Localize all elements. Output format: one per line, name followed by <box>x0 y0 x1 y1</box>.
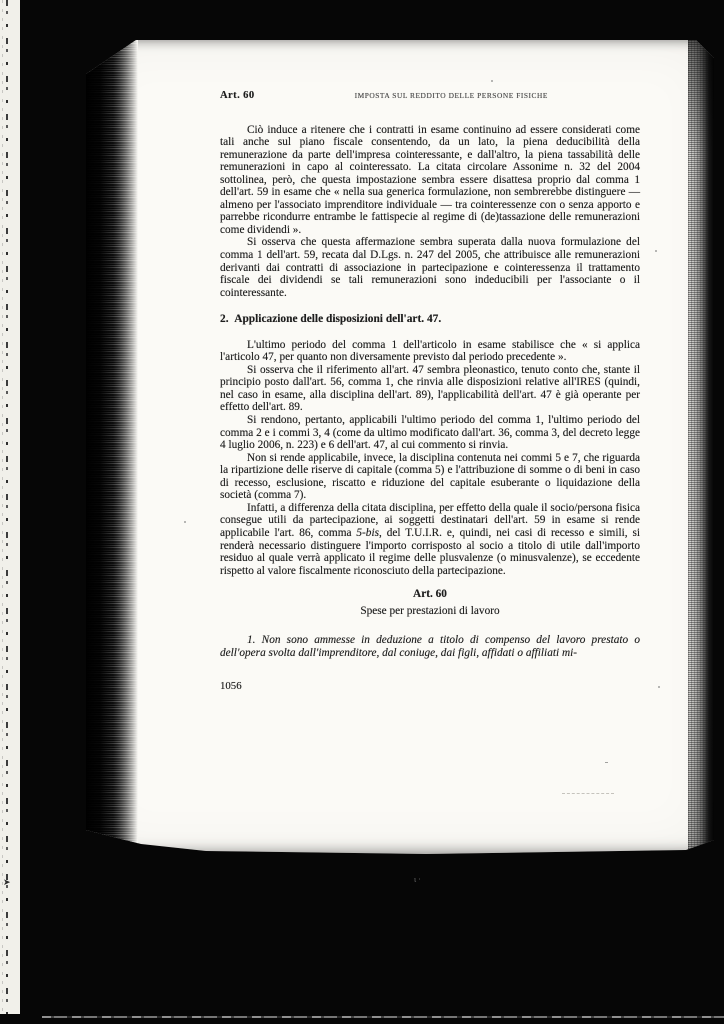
page-edge-fan-left <box>86 40 138 854</box>
article-heading: Art. 60 <box>220 588 640 601</box>
body-paragraph-6: Non si rende applicabile, invece, la dis… <box>220 452 640 502</box>
body-paragraph-4: Si osserva che il riferimento all'art. 4… <box>220 364 640 414</box>
scan-noise-dot <box>655 250 657 252</box>
scan-noise-dot <box>491 80 493 82</box>
bottom-scan-line <box>42 1016 724 1018</box>
body-paragraph-2: Si osserva che questa affermazione sembr… <box>220 236 640 299</box>
arrow-mark-artifact: ➤ <box>3 878 11 887</box>
article-ref-label: Art. 60 <box>220 90 255 103</box>
scan-noise-dot <box>184 521 186 523</box>
page-content: Art. 60 IMPOSTA SUL REDDITO DELLE PERSON… <box>220 90 640 693</box>
article-subtitle: Spese per prestazioni di lavoro <box>220 605 640 618</box>
body-paragraph-3: L'ultimo periodo del comma 1 dell'artico… <box>220 339 640 364</box>
page-number: 1056 <box>220 680 640 693</box>
pencil-dash-artifact <box>562 793 614 794</box>
body-paragraph-7: Infatti, a differenza della citata disci… <box>220 502 640 577</box>
page-edge-right <box>688 40 714 854</box>
paragraph-7-italic-term: 5-bis <box>356 527 379 539</box>
running-header: Art. 60 IMPOSTA SUL REDDITO DELLE PERSON… <box>220 90 640 103</box>
body-paragraph-8: 1. Non sono ammesse in deduzione a titol… <box>220 634 640 659</box>
scan-noise-dot <box>605 762 608 763</box>
body-paragraph-1: Ciò induce a ritenere che i contratti in… <box>220 124 640 237</box>
scan-noise-dot <box>658 686 660 688</box>
speck-mark-artifact: ι· <box>414 876 423 884</box>
neighbor-page-strip <box>0 0 20 1014</box>
body-paragraph-5: Si rendono, pertanto, applicabili l'ulti… <box>220 414 640 452</box>
running-title: IMPOSTA SUL REDDITO DELLE PERSONE FISICH… <box>259 90 644 103</box>
section-heading: 2. Applicazione delle disposizioni dell'… <box>220 313 640 326</box>
book-page: Art. 60 IMPOSTA SUL REDDITO DELLE PERSON… <box>86 40 714 854</box>
